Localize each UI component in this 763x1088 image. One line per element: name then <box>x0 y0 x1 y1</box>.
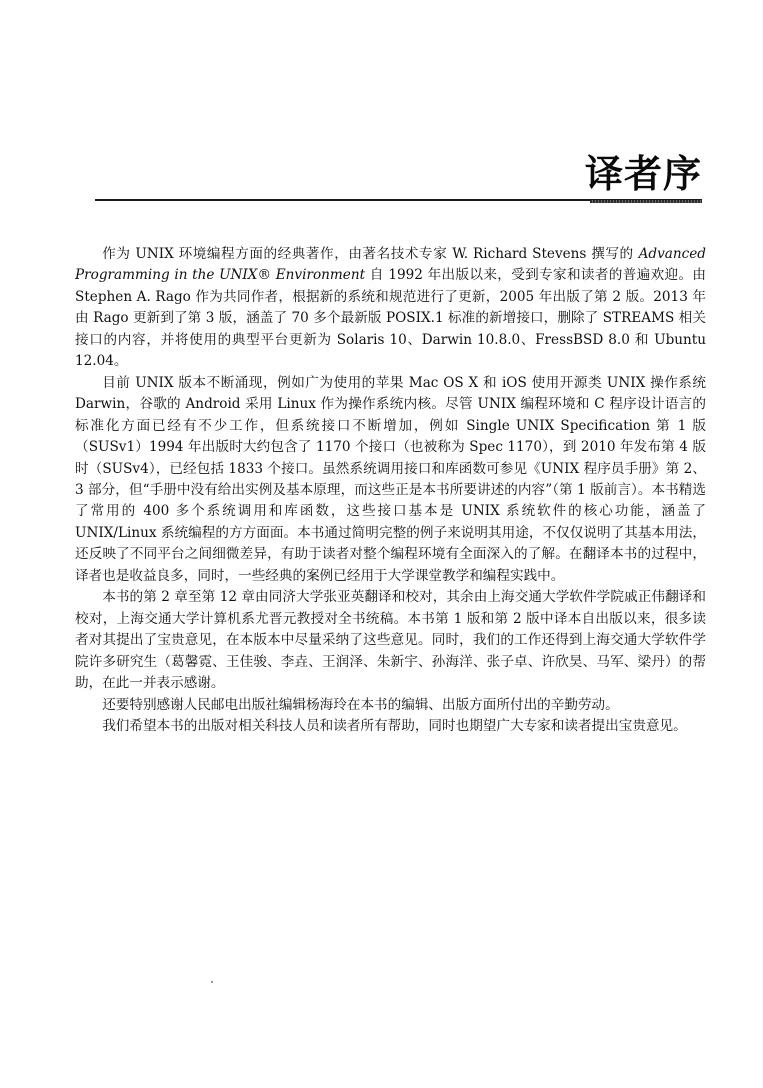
paragraph-2: 目前 UNIX 版本不断涌现，例如广为使用的苹果 Mac OS X 和 iOS … <box>75 373 706 588</box>
title-underline-accent <box>590 200 702 203</box>
paragraph-3-text: 本书的第 2 章至第 12 章由同济大学张亚英翻译和校对，其余由上海交通大学软件… <box>75 589 706 691</box>
paragraph-1: 作为 UNIX 环境编程方面的经典著作，由著名技术专家 W. Richard S… <box>75 244 706 373</box>
paragraph-1-text-a: 作为 UNIX 环境编程方面的经典著作，由著名技术专家 W. Richard S… <box>102 246 638 262</box>
paragraph-2-text: 目前 UNIX 版本不断涌现，例如广为使用的苹果 Mac OS X 和 iOS … <box>75 375 706 584</box>
paragraph-3: 本书的第 2 章至第 12 章由同济大学张亚英翻译和校对，其余由上海交通大学软件… <box>75 587 706 694</box>
paragraph-4: 还要特别感谢人民邮电出版社编辑杨海玲在本书的编辑、出版方面所付出的辛勤劳动。 <box>75 695 706 716</box>
page-title: 译者序 <box>585 152 702 196</box>
paragraph-4-text: 还要特别感谢人民邮电出版社编辑杨海玲在本书的编辑、出版方面所付出的辛勤劳动。 <box>102 697 619 713</box>
paragraph-5: 我们希望本书的出版对相关科技人员和读者所有帮助，同时也期望广大专家和读者提出宝贵… <box>75 716 706 737</box>
scan-speck-mark <box>211 981 213 983</box>
paragraph-5-text: 我们希望本书的出版对相关科技人员和读者所有帮助，同时也期望广大专家和读者提出宝贵… <box>102 718 687 734</box>
preface-body: 作为 UNIX 环境编程方面的经典著作，由著名技术专家 W. Richard S… <box>75 244 706 737</box>
